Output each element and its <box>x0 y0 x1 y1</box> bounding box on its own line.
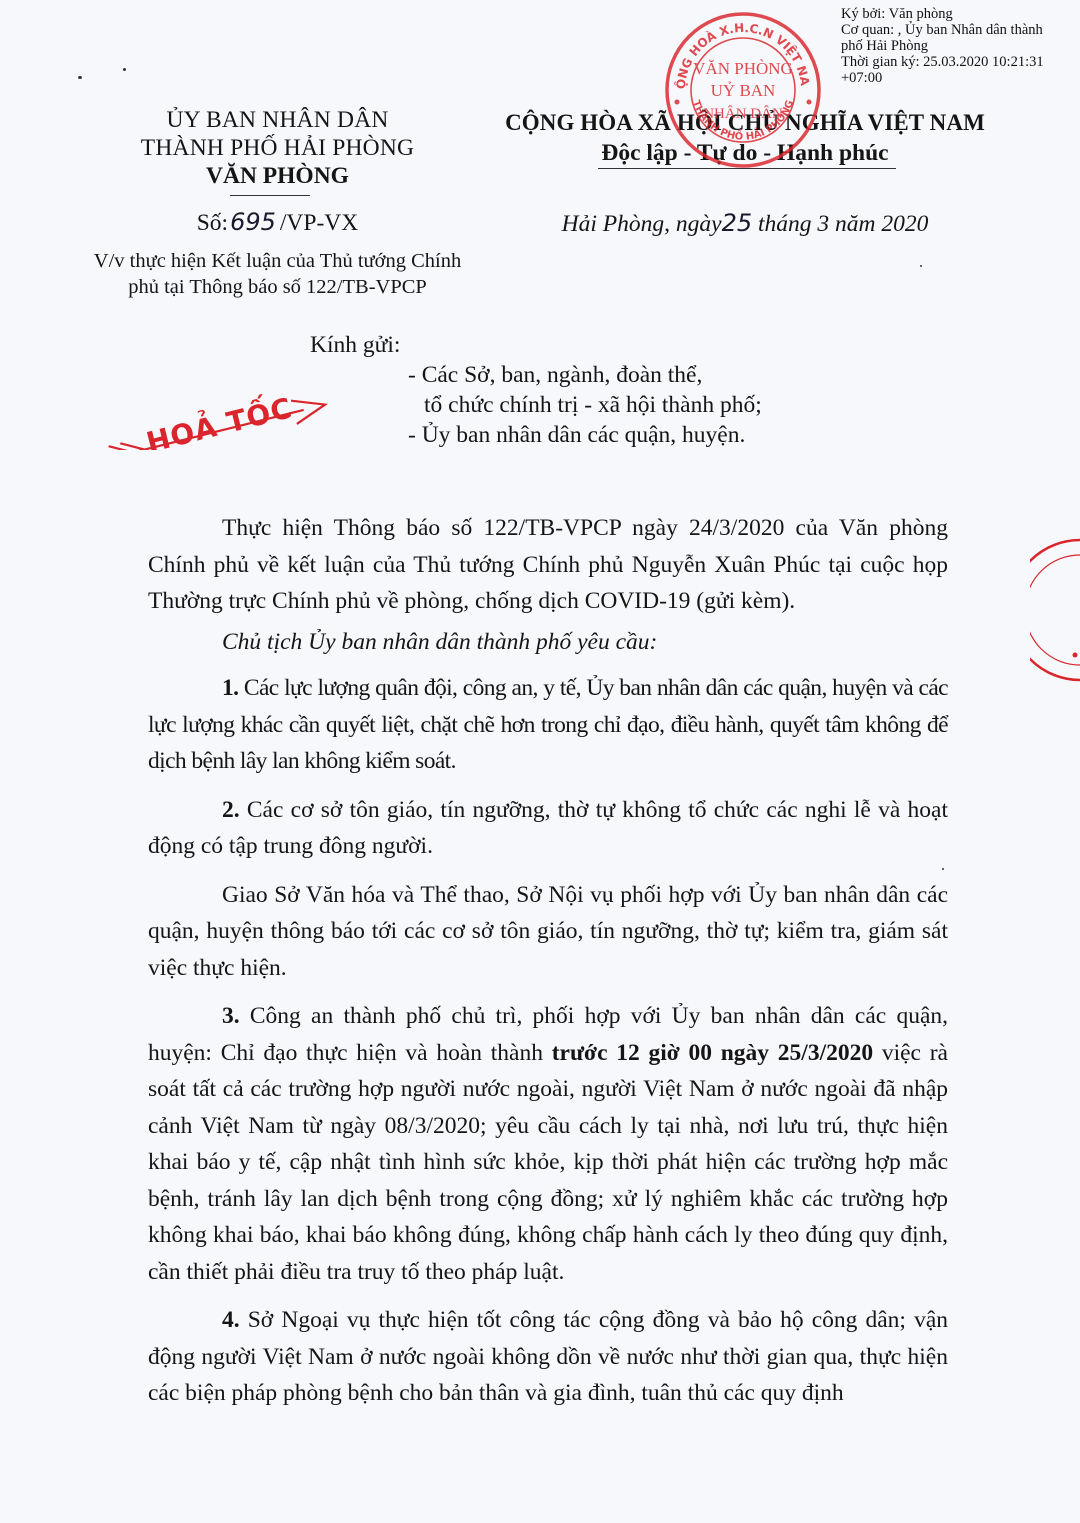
recipient-item: tổ chức chính trị - xã hội thành phố; <box>408 390 762 420</box>
item-2-assignment: Giao Sở Văn hóa và Thể thao, Sở Nội vụ p… <box>148 877 948 987</box>
document-date: Hải Phòng, ngày25 tháng 3 năm 2020 <box>500 206 990 241</box>
signed-by: Ký bởi: Văn phòng <box>841 6 1076 22</box>
item-1-number: 1. <box>222 675 238 701</box>
item-4: 4. Sở Ngoại vụ thực hiện tốt công tác cộ… <box>148 1302 948 1412</box>
item-2-text: Các cơ sở tôn giáo, tín ngưỡng, thờ tự k… <box>148 797 948 860</box>
document-number: Số:695/VP-VX <box>80 205 475 240</box>
date-prefix: Hải Phòng, ngày <box>562 211 722 237</box>
item-2-number: 2. <box>222 797 240 823</box>
subject-line-2: phủ tại Thông báo số 122/TB-VPCP <box>80 274 475 300</box>
recipients-label: Kính gửi: <box>310 330 400 360</box>
scan-speck <box>942 868 944 870</box>
signing-agency: Cơ quan: , Ủy ban Nhân dân thành <box>841 22 1076 38</box>
item-1: 1. Các lực lượng quân đội, công an, y tế… <box>148 670 948 780</box>
item-4-text: Sở Ngoại vụ thực hiện tốt công tác cộng … <box>148 1307 948 1406</box>
item-3-number: 3. <box>222 1003 240 1029</box>
document-body: Thực hiện Thông báo số 122/TB-VPCP ngày … <box>148 510 948 1412</box>
authority-line-1: ỦY BAN NHÂN DÂN <box>80 106 475 134</box>
date-day-handwritten: 25 <box>722 209 753 237</box>
item-3-text-b: việc rà soát tất cả các trường hợp người… <box>148 1040 948 1285</box>
recipient-item: - Các Sở, ban, ngành, đoàn thể, <box>408 360 762 390</box>
scan-speck <box>78 76 82 79</box>
digital-signature-info: Ký bởi: Văn phòng Cơ quan: , Ủy ban Nhân… <box>841 6 1076 86</box>
svg-text:UỶ BAN: UỶ BAN <box>711 81 776 100</box>
date-suffix: tháng 3 năm 2020 <box>752 211 928 237</box>
recipients-list: - Các Sở, ban, ngành, đoàn thể, tổ chức … <box>408 360 762 450</box>
doc-no-suffix: /VP-VX <box>280 210 358 236</box>
issuing-authority: ỦY BAN NHÂN DÂN THÀNH PHỐ HẢI PHÒNG VĂN … <box>80 106 475 190</box>
request-heading: Chủ tịch Ủy ban nhân dân thành phố yêu c… <box>148 624 948 661</box>
partial-seal-icon <box>1030 535 1080 685</box>
subject-line-1: V/v thực hiện Kết luận của Thủ tướng Chí… <box>80 248 475 274</box>
signing-time: Thời gian ký: 25.03.2020 10:21:31 <box>841 54 1076 70</box>
item-2: 2. Các cơ sở tôn giáo, tín ngưỡng, thờ t… <box>148 792 948 865</box>
signing-timezone: +07:00 <box>841 70 1076 86</box>
signing-agency-cont: phố Hải Phòng <box>841 38 1076 54</box>
item-3: 3. Công an thành phố chủ trì, phối hợp v… <box>148 998 948 1290</box>
svg-text:VĂN PHÒNG: VĂN PHÒNG <box>693 59 793 78</box>
scan-speck <box>920 265 922 267</box>
intro-paragraph: Thực hiện Thông báo số 122/TB-VPCP ngày … <box>148 510 948 620</box>
authority-underline <box>230 195 310 196</box>
scan-speck <box>123 68 126 71</box>
authority-office: VĂN PHÒNG <box>80 162 475 190</box>
document-subject: V/v thực hiện Kết luận của Thủ tướng Chí… <box>80 248 475 300</box>
svg-text:HOẢ TỐC: HOẢ TỐC <box>142 386 296 450</box>
doc-no-handwritten: 695 <box>230 208 276 236</box>
doc-no-prefix: Số: <box>197 210 228 236</box>
item-1-text: Các lực lượng quân đội, công an, y tế, Ủ… <box>148 675 948 774</box>
item-4-number: 4. <box>222 1307 240 1333</box>
official-seal-icon: CỘNG HOÀ X.H.C.N VIỆT NAM THÀNH PHỐ HẢI … <box>663 10 823 170</box>
recipient-item: - Ủy ban nhân dân các quận, huyện. <box>408 420 762 450</box>
authority-line-2: THÀNH PHỐ HẢI PHÒNG <box>80 134 475 162</box>
urgent-arrow-stamp-icon: HOẢ TỐC <box>100 360 340 450</box>
svg-text:NHÂN DÂN: NHÂN DÂN <box>703 105 783 122</box>
item-3-deadline: trước 12 giờ 00 ngày 25/3/2020 <box>552 1040 873 1066</box>
